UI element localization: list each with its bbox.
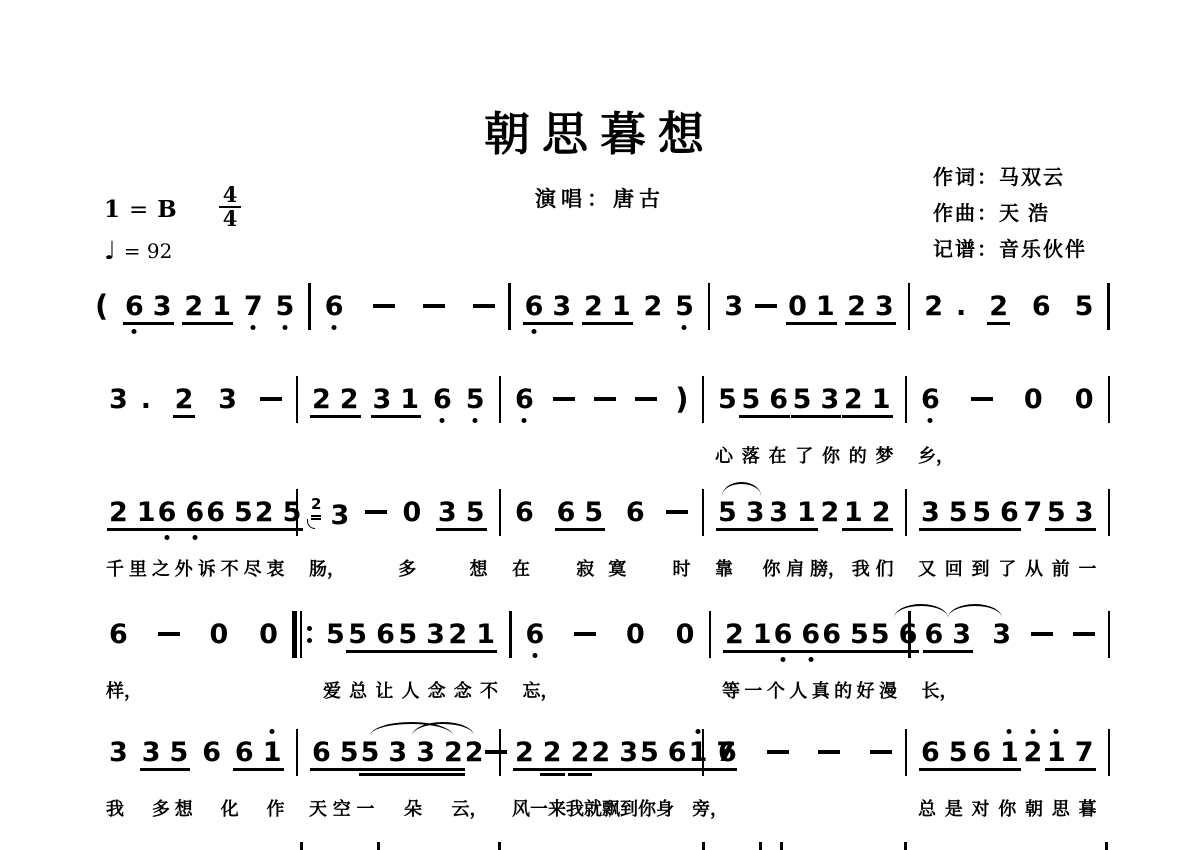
measure: 222235617风一来我就飘到你身 旁， — [501, 729, 702, 819]
note: 3 — [437, 499, 458, 526]
note: 3 — [551, 293, 572, 320]
note: 6 — [556, 499, 577, 526]
note: 5 — [274, 293, 295, 320]
barline — [1108, 729, 1111, 776]
note: 2 — [311, 386, 332, 413]
note-group: 0 — [625, 621, 646, 648]
lyric-segment: 千里之外诉不尽衷 — [95, 555, 296, 579]
lyric-char: 乡， — [918, 442, 954, 466]
note-group: 5 — [1074, 293, 1095, 320]
note-group: 65 — [920, 739, 969, 766]
measure: 21666525千里之外诉不尽衷 — [95, 489, 296, 579]
lyric-char: 样， — [106, 677, 142, 701]
dash-note — [971, 397, 993, 401]
note-group: 63 — [124, 293, 173, 320]
lyric-char: 总 — [349, 677, 367, 701]
dash-note — [818, 750, 840, 754]
note-group: 35 — [437, 499, 486, 526]
note-group: 6 — [324, 293, 345, 320]
lyric-char: 爱 — [323, 677, 341, 701]
cutoff-barline — [498, 842, 501, 850]
note: 5 — [639, 739, 660, 766]
lyric-char: 从 — [1025, 555, 1043, 579]
lyric-segment: 等一个人真的好漫 — [711, 677, 908, 701]
note-group: 66 — [773, 621, 822, 648]
note: 1 — [136, 499, 157, 526]
lyric-char: 到 — [620, 795, 638, 819]
tie-arc — [894, 604, 948, 618]
note: 3 — [152, 293, 173, 320]
measure: 6) — [501, 376, 702, 466]
lyric-char: 我 — [566, 795, 584, 819]
dash-note — [373, 304, 395, 308]
note-group: 2 — [1022, 739, 1043, 766]
cutoff-barline — [904, 842, 907, 850]
note-group: 21 — [724, 621, 773, 648]
note-group: 7 — [1022, 499, 1043, 526]
note: 1 — [752, 621, 773, 648]
note: 2 — [464, 739, 485, 766]
notation-system-2: 3.232231656)5565321心落在了你的梦600乡， — [95, 376, 1110, 466]
lyric-char: 念 — [428, 677, 446, 701]
note-group: 21 — [447, 621, 496, 648]
lyric-char: 漫 — [879, 677, 897, 701]
measure: 335661我 多想 化 作 — [95, 729, 296, 819]
lyric-char — [739, 555, 757, 579]
low-octave-dot — [440, 418, 445, 423]
note: 5 — [717, 386, 738, 413]
high-octave-dot — [270, 729, 275, 734]
low-octave-dot — [531, 329, 536, 334]
note-group: 12 — [843, 499, 892, 526]
note: 5 — [674, 293, 695, 320]
dash-note — [635, 397, 657, 401]
note: 2 — [1022, 739, 1043, 766]
note: 0 — [258, 621, 279, 648]
measure: 3.23 — [95, 376, 296, 466]
note: 3 — [819, 386, 840, 413]
note: 5 — [717, 499, 738, 526]
dash-note — [594, 397, 616, 401]
lyric-char: 的 — [849, 442, 867, 466]
low-octave-dot — [522, 418, 527, 423]
note: 6 — [524, 293, 545, 320]
lyric-char: 诉 — [198, 555, 216, 579]
lyric-char: 衷 — [266, 555, 284, 579]
measure: 6 — [704, 729, 905, 819]
note-group: 56 — [740, 386, 789, 413]
note: 5 — [325, 621, 346, 648]
lyric-char: 尽 — [244, 555, 262, 579]
high-octave-dot — [1030, 729, 1035, 734]
grace-slur — [307, 519, 315, 529]
note: 2 — [339, 386, 360, 413]
note-group: 65 — [311, 739, 360, 766]
low-octave-dot — [682, 325, 687, 330]
note-group: 21 — [583, 293, 632, 320]
measure: 632125 — [511, 283, 708, 373]
note-group: 22 — [311, 386, 360, 413]
lyric-char: 来 — [548, 795, 566, 819]
measure: 6 — [311, 283, 508, 373]
note: 6 — [234, 739, 255, 766]
lyric-char — [428, 795, 446, 819]
lyric-segment — [298, 442, 499, 466]
note: 2 — [174, 386, 195, 413]
note: 6 — [1031, 293, 1052, 320]
composer-credit: 作曲：天 浩 — [933, 196, 1087, 232]
note: 5 — [870, 621, 891, 648]
lyric-char: 一 — [744, 677, 762, 701]
note-group: 6 — [432, 386, 453, 413]
measure: 6553322天空一 朵 云， — [298, 729, 499, 819]
measure: 632175 — [111, 283, 308, 373]
low-octave-dot — [164, 535, 169, 540]
note-group: 6 — [717, 739, 738, 766]
time-signature: 4 4 — [219, 184, 242, 230]
note-group: 2 — [819, 499, 840, 526]
note: 2 — [819, 499, 840, 526]
low-octave-dot — [282, 325, 287, 330]
note-group: 5 — [274, 293, 295, 320]
cutoff-barline — [702, 842, 705, 850]
lyric-char: 肩 — [786, 555, 804, 579]
note: 2 — [447, 621, 468, 648]
note: 1 — [611, 293, 632, 320]
lyric-char — [380, 795, 398, 819]
note: 3 — [108, 386, 129, 413]
lyric-char: 寞 — [608, 555, 626, 579]
note-group: 2 — [464, 739, 485, 766]
note: 2 — [254, 499, 275, 526]
note: 2 — [183, 293, 204, 320]
note-group: 65 — [556, 499, 605, 526]
note: 5 — [1074, 293, 1095, 320]
tie-arc — [722, 482, 761, 496]
lyric-char: 思 — [1052, 795, 1070, 819]
note: 6 — [514, 499, 535, 526]
lyric-char: 回 — [945, 555, 963, 579]
note-group: 5 — [465, 386, 486, 413]
note: 2 — [514, 739, 535, 766]
lyric-char: 是 — [945, 795, 963, 819]
note: 3 — [768, 499, 789, 526]
note: 2 — [642, 293, 663, 320]
cutoff-barline — [759, 842, 762, 850]
note-group: 0 — [401, 499, 422, 526]
lyric-char: 膀， — [810, 555, 846, 579]
note-group: 23 — [846, 293, 895, 320]
note-group: 63 — [524, 293, 573, 320]
note: 5 — [169, 739, 190, 766]
note: 6 — [667, 739, 688, 766]
measure: 21666556等一个人真的好漫 — [711, 611, 908, 701]
note: 3 — [723, 293, 744, 320]
low-octave-dot — [928, 418, 933, 423]
lyric-segment — [910, 349, 1107, 373]
note: 3 — [991, 621, 1012, 648]
note-group: 35 — [920, 499, 969, 526]
lyric-char: 飘 — [602, 795, 620, 819]
lyric-char: 你 — [822, 442, 840, 466]
lyric-char: 个 — [767, 677, 785, 701]
open-parenthesis: ( — [95, 283, 111, 329]
note: 2 — [988, 293, 1009, 320]
measure: 2.265 — [910, 283, 1107, 373]
lyric-segment — [111, 349, 308, 373]
note-group: 65 — [205, 499, 254, 526]
note: 1 — [211, 293, 232, 320]
lyric-char — [244, 795, 262, 819]
note-group: 5 — [717, 386, 738, 413]
measure: 3556753又回到了从前一 — [907, 489, 1108, 579]
note: 1 — [999, 739, 1020, 766]
sheet-music-page: 朝思暮想 演唱：唐古 作词：马双云 作曲：天 浩 记谱：音乐伙伴 1=B 4 4… — [0, 0, 1200, 850]
low-octave-dot — [532, 653, 537, 658]
note-group: 0 — [258, 621, 279, 648]
notation-system-1: (6321756632125301232.265 — [95, 283, 1110, 373]
note: 7 — [1074, 739, 1095, 766]
high-octave-dot — [695, 729, 700, 734]
note: 3 — [108, 739, 129, 766]
note: 1 — [475, 621, 496, 648]
note: 3 — [618, 739, 639, 766]
note-group: 56 — [347, 621, 396, 648]
notation-system-4: 600样，5565321爱总让人念念不600忘，21666556等一个人真的好漫… — [95, 611, 1110, 701]
dash-note — [553, 397, 575, 401]
augmentation-dot: . — [956, 293, 966, 320]
lyric-segment: 乡， — [907, 442, 1108, 466]
note: 3 — [1074, 499, 1095, 526]
measure: 6561217总是对你朝思暮 — [907, 729, 1108, 819]
note: 0 — [625, 621, 646, 648]
note-group: 61 — [971, 739, 1020, 766]
lyric-char: 朵 — [404, 795, 422, 819]
note: 3 — [920, 499, 941, 526]
note: 1 — [796, 499, 817, 526]
lyric-char: 到 — [972, 555, 990, 579]
note: 2 — [871, 499, 892, 526]
note: 7 — [243, 293, 264, 320]
lyricist-credit: 作词：马双云 — [933, 160, 1087, 196]
measure: 6656在 寂寞 时 — [501, 489, 702, 579]
note-group: 56 — [971, 499, 1020, 526]
lyric-char: 前 — [1052, 555, 1070, 579]
note: 2 — [843, 386, 864, 413]
lyric-char: 们 — [876, 555, 894, 579]
note: 3 — [745, 499, 766, 526]
note: 6 — [157, 499, 178, 526]
dash-note — [365, 510, 387, 514]
lyric-char: 对 — [972, 795, 990, 819]
lyric-char: 风 — [512, 795, 530, 819]
quarter-note-icon: ♩ — [104, 238, 116, 263]
note-group: 3 — [108, 739, 129, 766]
note-group: 2. — [923, 293, 966, 320]
note: 1 — [262, 739, 283, 766]
cutoff-barline — [300, 842, 303, 850]
key-signature: 1=B — [104, 196, 177, 223]
lyric-char: 身 — [656, 795, 674, 819]
note: 5 — [971, 499, 992, 526]
note: 3 — [425, 621, 446, 648]
lyric-char: 又 — [918, 555, 936, 579]
lyric-char: 等 — [722, 677, 740, 701]
note: 3 — [387, 739, 408, 766]
lyric-char — [674, 795, 692, 819]
lyric-char: 一 — [1079, 555, 1097, 579]
lyric-segment — [511, 349, 708, 373]
lyric-segment: 样， — [95, 677, 292, 701]
note: 0 — [1074, 386, 1095, 413]
note: 5 — [347, 621, 368, 648]
barline — [1108, 376, 1111, 423]
note: 2 — [108, 499, 129, 526]
note: 5 — [397, 621, 418, 648]
note-group: 2 — [988, 293, 1009, 320]
note: 6 — [432, 386, 453, 413]
note: 2 — [583, 293, 604, 320]
note-group: 23 — [590, 739, 639, 766]
note: 1 — [815, 293, 836, 320]
lyric-char: 好 — [857, 677, 875, 701]
lyric-char: 暮 — [1079, 795, 1097, 819]
notation-system-3: 21666525千里之外诉不尽衷23035肠， 多 想6656在 寂寞 时533… — [95, 489, 1110, 579]
lyric-char: 多 — [398, 555, 416, 579]
barline — [1108, 611, 1111, 658]
note: 3 — [874, 293, 895, 320]
lyric-segment: 心落在了你的梦 — [704, 442, 905, 466]
note-group: 35 — [141, 739, 190, 766]
lyric-segment: 总是对你朝思暮 — [907, 795, 1108, 819]
note-group: 21 — [108, 499, 157, 526]
note: 3 — [141, 739, 162, 766]
note: 5 — [1046, 499, 1067, 526]
measure: 5565321心落在了你的梦 — [704, 376, 905, 466]
note: 6 — [920, 386, 941, 413]
lyric-char: 肠， — [309, 555, 345, 579]
lyric-char: 天 — [309, 795, 327, 819]
lyric-char: 让 — [375, 677, 393, 701]
lyric-char: 心 — [715, 442, 733, 466]
note: 6 — [184, 499, 205, 526]
note-group: 5 — [674, 293, 695, 320]
note-group: 23 — [311, 496, 350, 529]
low-octave-dot — [780, 657, 785, 662]
note: 1 — [871, 386, 892, 413]
lyric-char: 朝 — [1025, 795, 1043, 819]
measure: 600忘， — [512, 611, 709, 701]
note: 6 — [773, 621, 794, 648]
note-group: 0 — [209, 621, 230, 648]
measure: 5565321爱总让人念念不 — [312, 611, 509, 701]
tempo-value: = 92 — [124, 239, 173, 263]
note-group: 7 — [243, 293, 264, 320]
note: 0 — [401, 499, 422, 526]
lyric-segment — [311, 349, 508, 373]
tie-arc — [948, 604, 1002, 618]
high-octave-dot — [1054, 729, 1059, 734]
dash-note — [574, 632, 596, 636]
note: 2 — [923, 293, 944, 320]
lyric-char: 你 — [763, 555, 781, 579]
lyric-segment — [95, 442, 296, 466]
note: 6 — [124, 293, 145, 320]
note-group: 6 — [1031, 293, 1052, 320]
note: 6 — [205, 499, 226, 526]
lyric-segment — [704, 795, 905, 819]
lyric-char: 就 — [584, 795, 602, 819]
notation-system-5: 335661我 多想 化 作6553322天空一 朵 云，222235617风一… — [95, 729, 1110, 819]
note: 5 — [948, 739, 969, 766]
note-group: 0 — [1023, 386, 1044, 413]
note: 6 — [898, 621, 919, 648]
lyric-char: 念 — [454, 677, 472, 701]
note-group: 0 — [1074, 386, 1095, 413]
note-group: 56 — [639, 739, 688, 766]
low-octave-dot — [251, 325, 256, 330]
note-group: 3 — [991, 621, 1012, 648]
lyric-char: 落 — [742, 442, 760, 466]
lyric-char: 的 — [834, 677, 852, 701]
note: 5 — [339, 739, 360, 766]
note: 5 — [740, 386, 761, 413]
note: 6 — [920, 739, 941, 766]
dash-note — [158, 632, 180, 636]
lyric-char — [640, 555, 658, 579]
measure: 633长， — [911, 611, 1108, 701]
low-octave-dot — [332, 325, 337, 330]
transcriber-credit: 记谱：音乐伙伴 — [933, 232, 1087, 268]
lyric-segment: 长， — [911, 677, 1108, 701]
lyric-char: 忘， — [523, 677, 559, 701]
note: 3 — [415, 739, 436, 766]
low-octave-dot — [808, 657, 813, 662]
note: 2 — [443, 739, 464, 766]
lyric-char: 不 — [221, 555, 239, 579]
measure: 5331212靠 你肩膀，我们 — [704, 489, 905, 579]
note: 5 — [792, 386, 813, 413]
note-group: 31 — [372, 386, 421, 413]
note-group: 5 — [325, 621, 346, 648]
lyric-char: 了 — [795, 442, 813, 466]
note: 7 — [1022, 499, 1043, 526]
lyric-char: 里 — [129, 555, 147, 579]
note-group: 3 — [217, 386, 238, 413]
lyric-char: 外 — [175, 555, 193, 579]
note: 6 — [821, 621, 842, 648]
lyric-char: 之 — [152, 555, 170, 579]
lyric-char: 靠 — [715, 555, 733, 579]
note-group: 63 — [924, 621, 973, 648]
low-octave-dot — [473, 418, 478, 423]
note: 5 — [465, 499, 486, 526]
dash-note — [473, 304, 495, 308]
note-group: 61 — [234, 739, 283, 766]
lyric-segment: 在 寂寞 时 — [501, 555, 702, 579]
lyric-char: 我 — [106, 795, 124, 819]
note-group: 31 — [768, 499, 817, 526]
note: 5 — [233, 499, 254, 526]
note: 5 — [583, 499, 604, 526]
note-group: 3 — [723, 293, 744, 320]
lyric-char: 人 — [789, 677, 807, 701]
lyric-char: 想 — [175, 795, 193, 819]
high-octave-dot — [1007, 729, 1012, 734]
dash-note — [666, 510, 688, 514]
key-and-time: 1=B 4 4 — [104, 188, 241, 230]
note-group: 2 — [642, 293, 663, 320]
